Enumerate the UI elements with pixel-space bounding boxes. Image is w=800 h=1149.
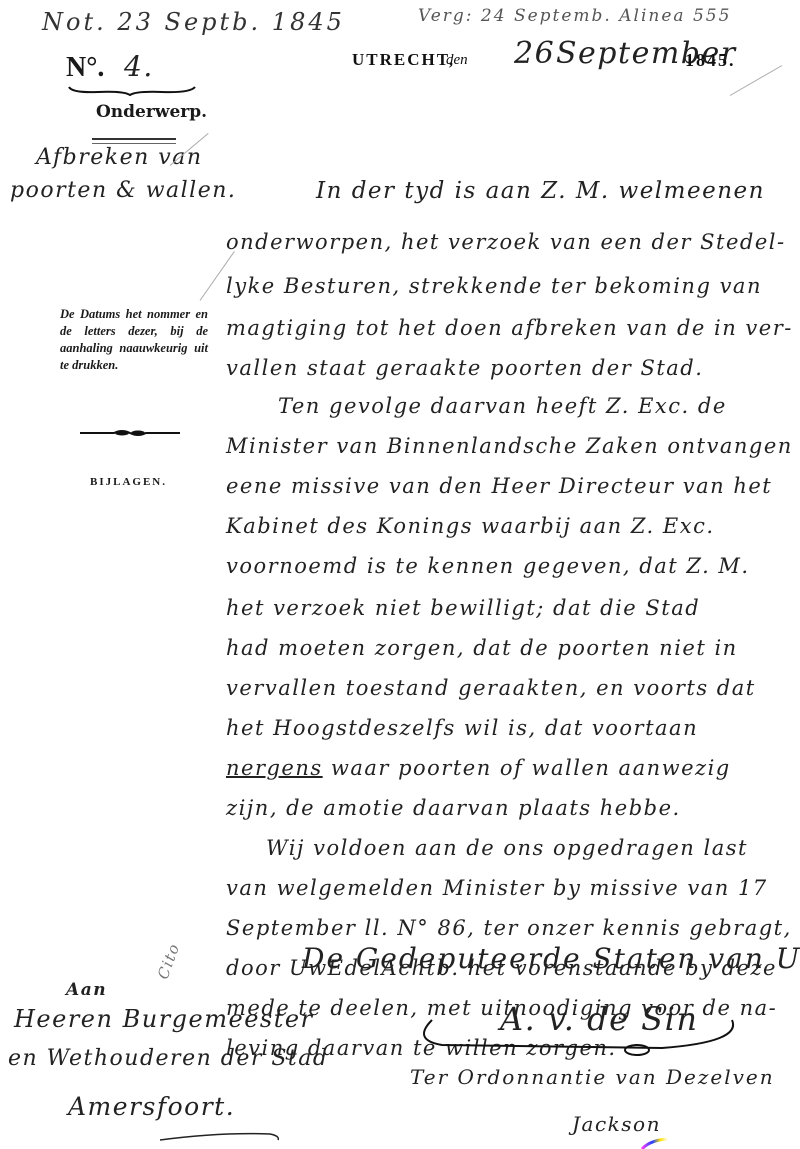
body-line: had moeten zorgen, dat de poorten niet i… [226, 636, 738, 660]
scan-color-artifact-icon [640, 1138, 670, 1149]
body-line: Ten gevolge daarvan heeft Z. Exc. de [278, 394, 727, 418]
reference-note: Not. 23 Septb. 1845 [42, 8, 345, 36]
brace-ornament-icon [68, 86, 196, 96]
body-line: voornoemd is te kennen gegeven, dat Z. M… [226, 554, 750, 578]
addressee-line: Amersfoort. [68, 1092, 235, 1121]
subject-line: poorten & wallen. [10, 178, 236, 203]
addressee-line: en Wethouderen der Stad [8, 1046, 328, 1071]
registration-note: Verg: 24 Septemb. Alinea 555 [418, 6, 731, 26]
secretary-signature: Jackson [572, 1112, 661, 1136]
date-prefix: den [446, 52, 468, 69]
address-underline-flourish-icon [160, 1128, 280, 1142]
printed-instruction-note: De Datums het nommer en de letters dezer… [60, 306, 208, 374]
body-line: September ll. N° 86, ter onzer kennis ge… [226, 916, 792, 940]
body-line: eene missive van den Heer Directeur van … [226, 474, 772, 498]
subject-label: Onderwerp. [96, 102, 207, 122]
body-line: vervallen toestand geraakten, en voorts … [226, 676, 756, 700]
body-line: In der tyd is aan Z. M. welmeenen [316, 178, 765, 204]
body-line: Kabinet des Konings waarbij aan Z. Exc. [226, 514, 715, 538]
body-line: zijn, de amotie daarvan plaats hebbe. [226, 796, 681, 820]
subject-divider [92, 138, 176, 144]
body-line-rest: waar poorten of wallen aanwezig [323, 756, 731, 780]
ordonnantie-line: Ter Ordonnantie van Dezelven [410, 1065, 775, 1089]
body-line: het Hoogstdeszelfs wil is, dat voortaan [226, 716, 698, 740]
addressee-label: Aan [66, 980, 107, 1000]
body-line: Wij voldoen aan de ons opgedragen last [266, 836, 748, 860]
pen-stroke [730, 65, 782, 96]
body-line: magtiging tot het doen afbreken van de i… [226, 316, 793, 340]
underlined-word: nergens [226, 756, 323, 780]
body-line: onderworpen, het verzoek van een der Ste… [226, 230, 786, 254]
date-day: 26 [514, 36, 555, 71]
number-label: N°. [66, 52, 104, 84]
body-line: Minister van Binnenlandsche Zaken ontvan… [226, 434, 793, 458]
institution-signature: De Gedeputeerde Staten van Utrecht [302, 942, 800, 975]
body-line: van welgemelden Minister by missive van … [226, 876, 768, 900]
body-line: nergens waar poorten of wallen aanwezig [226, 756, 731, 780]
body-line: lyke Besturen, strekkende ter bekoming v… [226, 274, 762, 298]
signatory-signature: A. v. de Sin [500, 1000, 698, 1038]
date-year: 1845. [685, 50, 736, 71]
margin-annotation: Cito [154, 940, 184, 981]
body-line: vallen staat geraakte poorten der Stad. [226, 356, 703, 380]
divider-ornament-icon [80, 428, 180, 438]
addressee-line: Heeren Burgemeester [14, 1005, 314, 1033]
number-value: 4. [124, 50, 154, 83]
attachments-label: BIJLAGEN. [90, 476, 167, 488]
city-name: UTRECHT, [352, 50, 455, 70]
body-line: het verzoek niet bewilligt; dat die Stad [226, 596, 700, 620]
